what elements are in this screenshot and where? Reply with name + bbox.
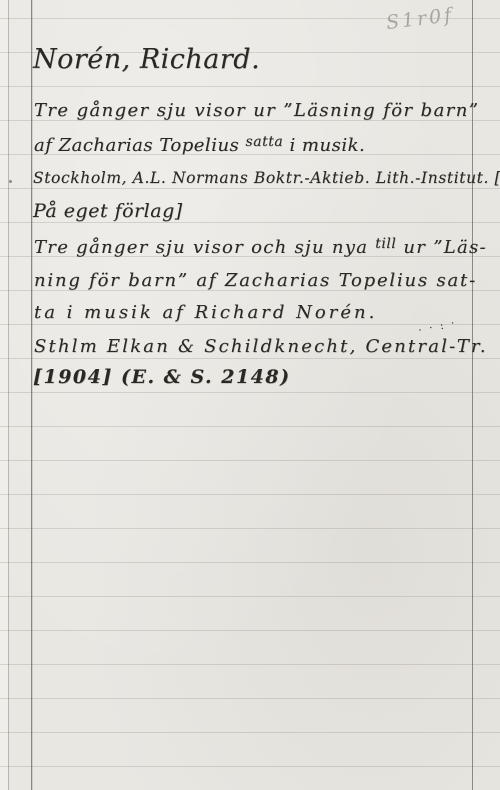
- entry2-imprint-line: Sthlm Elkan & Schildknecht, Central-Tr.: [34, 336, 488, 357]
- entry1-line2-text-end: i musik.: [283, 135, 365, 156]
- entry1-line2-text: af Zacharias Topelius: [34, 135, 246, 156]
- entry1-publisher-note: På eget förlag]: [33, 200, 183, 222]
- entry2-line1-text: Tre gånger sju visor och sju nya: [34, 237, 375, 258]
- card-heading-author: Norén, Richard.: [33, 44, 260, 75]
- entry2-line1-inserted-word: till: [375, 236, 396, 252]
- entry1-title-line1: Tre gånger sju visor ur ”Läsning för bar…: [34, 100, 479, 121]
- catalogue-card-scan: S1r0f Norén, Richard. Tre gånger sju vis…: [0, 0, 500, 790]
- left-margin-line: [31, 0, 32, 790]
- entry2-title-line1: Tre gånger sju visor och sju nya till ur…: [34, 236, 487, 258]
- entry2-title-line3: ta i musik af Richard Norén.: [34, 302, 377, 323]
- pencil-shelfmark: S1r0f: [385, 4, 455, 34]
- entry2-title-line2: ning för barn” af Zacharias Topelius sat…: [34, 270, 477, 291]
- scan-left-edge: [0, 0, 8, 790]
- entry1-imprint-line: Stockholm, A.L. Normans Boktr.-Aktieb. L…: [33, 169, 500, 187]
- ink-specks: · · : ·: [417, 316, 458, 337]
- ink-dot: [9, 180, 12, 183]
- entry2-line1-text-end: ur ”Läs-: [396, 237, 487, 258]
- card-edge-line: [8, 0, 9, 790]
- entry2-year-plate-number: [1904] (E. & S. 2148): [33, 366, 291, 388]
- entry1-line2-raised-word: satta: [246, 134, 284, 150]
- entry1-title-line2: af Zacharias Topelius satta i musik.: [34, 134, 365, 156]
